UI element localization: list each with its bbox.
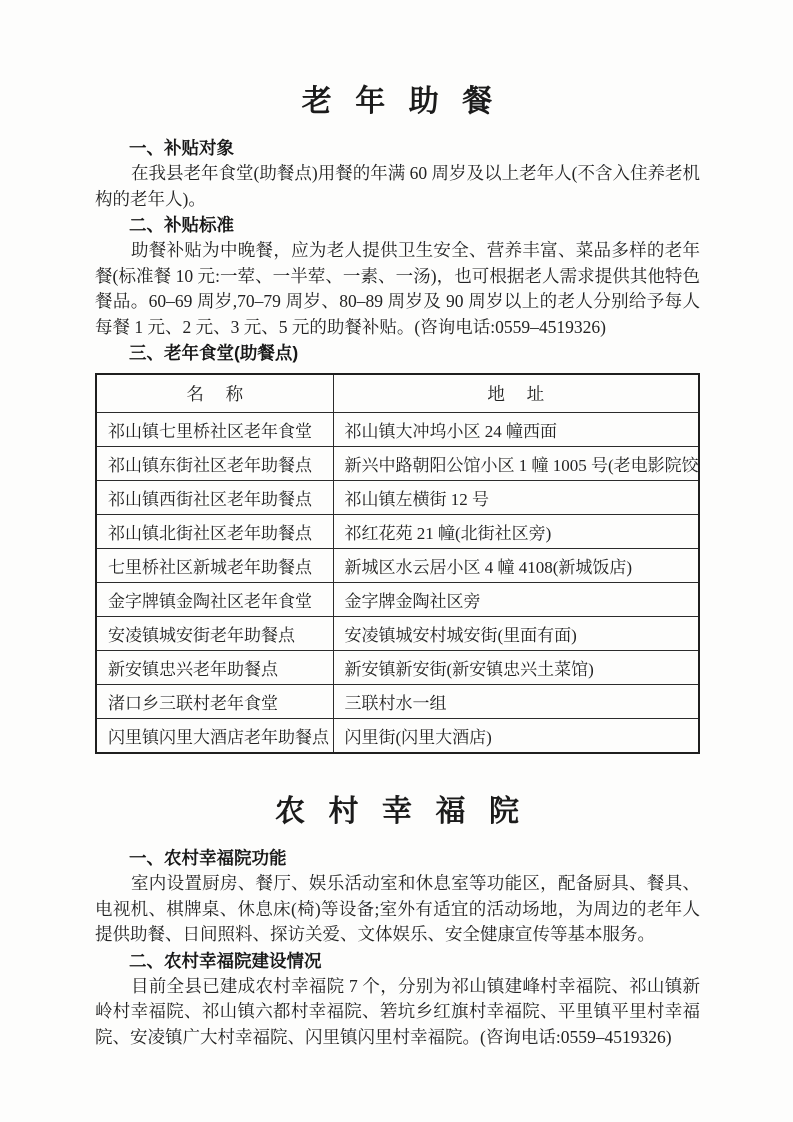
canteen-name-cell: 新安镇忠兴老年助餐点 bbox=[96, 651, 333, 685]
canteen-address-cell: 新安镇新安街(新安镇忠兴土菜馆) bbox=[333, 651, 699, 685]
table-header-address: 地 址 bbox=[333, 374, 699, 413]
table-row: 闪里镇闪里大酒店老年助餐点 闪里街(闪里大酒店) bbox=[96, 719, 699, 754]
s1-heading-canteen-list: 三、老年食堂(助餐点) bbox=[95, 340, 700, 366]
canteen-name-cell: 闪里镇闪里大酒店老年助餐点 bbox=[96, 719, 333, 754]
table-row: 渚口乡三联村老年食堂 三联村水一组 bbox=[96, 685, 699, 719]
canteen-name-cell: 金字牌镇金陶社区老年食堂 bbox=[96, 583, 333, 617]
s1-heading-subsidy-standard: 二、补贴标准 bbox=[95, 212, 700, 238]
s1-para-subsidy-target: 在我县老年食堂(助餐点)用餐的年满 60 周岁及以上老年人(不含入住养老机构的老… bbox=[95, 161, 700, 212]
canteen-name-cell: 祁山镇北街社区老年助餐点 bbox=[96, 515, 333, 549]
canteen-name-cell: 渚口乡三联村老年食堂 bbox=[96, 685, 333, 719]
table-header-name: 名 称 bbox=[96, 374, 333, 413]
table-header-row: 名 称 地 址 bbox=[96, 374, 699, 413]
s2-heading-functions: 一、农村幸福院功能 bbox=[95, 845, 700, 871]
canteen-address-cell: 新兴中路朝阳公馆小区 1 幢 1005 号(老电影院饺店) bbox=[333, 447, 699, 481]
s1-heading-subsidy-target: 一、补贴对象 bbox=[95, 135, 700, 161]
canteen-name-cell: 七里桥社区新城老年助餐点 bbox=[96, 549, 333, 583]
canteen-name-cell: 祁山镇西街社区老年助餐点 bbox=[96, 481, 333, 515]
canteen-address-cell: 三联村水一组 bbox=[333, 685, 699, 719]
table-row: 七里桥社区新城老年助餐点 新城区水云居小区 4 幢 4108(新城饭店) bbox=[96, 549, 699, 583]
table-row: 祁山镇东街社区老年助餐点 新兴中路朝阳公馆小区 1 幢 1005 号(老电影院饺… bbox=[96, 447, 699, 481]
table-row: 祁山镇西街社区老年助餐点 祁山镇左横街 12 号 bbox=[96, 481, 699, 515]
canteen-address-cell: 祁山镇左横街 12 号 bbox=[333, 481, 699, 515]
canteen-address-cell: 金字牌金陶社区旁 bbox=[333, 583, 699, 617]
s1-para-subsidy-standard: 助餐补贴为中晚餐，应为老人提供卫生安全、营养丰富、菜品多样的老年餐(标准餐 10… bbox=[95, 238, 700, 340]
table-row: 祁山镇七里桥社区老年食堂 祁山镇大冲坞小区 24 幢西面 bbox=[96, 413, 699, 447]
canteen-name-cell: 祁山镇七里桥社区老年食堂 bbox=[96, 413, 333, 447]
canteen-address-cell: 祁山镇大冲坞小区 24 幢西面 bbox=[333, 413, 699, 447]
table-row: 新安镇忠兴老年助餐点 新安镇新安街(新安镇忠兴土菜馆) bbox=[96, 651, 699, 685]
table-row: 金字牌镇金陶社区老年食堂 金字牌金陶社区旁 bbox=[96, 583, 699, 617]
canteen-name-cell: 祁山镇东街社区老年助餐点 bbox=[96, 447, 333, 481]
s2-heading-construction-status: 二、农村幸福院建设情况 bbox=[95, 948, 700, 974]
s2-para-functions: 室内设置厨房、餐厅、娱乐活动室和休息室等功能区，配备厨具、餐具、电视机、棋牌桌、… bbox=[95, 871, 700, 948]
document-page: 老 年 助 餐 一、补贴对象 在我县老年食堂(助餐点)用餐的年满 60 周岁及以… bbox=[0, 0, 793, 1122]
canteen-address-cell: 闪里街(闪里大酒店) bbox=[333, 719, 699, 754]
canteen-name-cell: 安凌镇城安街老年助餐点 bbox=[96, 617, 333, 651]
table-row: 祁山镇北街社区老年助餐点 祁红花苑 21 幢(北街社区旁) bbox=[96, 515, 699, 549]
canteen-address-cell: 祁红花苑 21 幢(北街社区旁) bbox=[333, 515, 699, 549]
canteen-address-cell: 安凌镇城安村城安街(里面有面) bbox=[333, 617, 699, 651]
page-title-elderly-meals: 老 年 助 餐 bbox=[95, 84, 700, 120]
table-row: 安凌镇城安街老年助餐点 安凌镇城安村城安街(里面有面) bbox=[96, 617, 699, 651]
canteen-table: 名 称 地 址 祁山镇七里桥社区老年食堂 祁山镇大冲坞小区 24 幢西面 祁山镇… bbox=[95, 373, 700, 754]
s2-para-construction-status: 目前全县已建成农村幸福院 7 个，分别为祁山镇建峰村幸福院、祁山镇新岭村幸福院、… bbox=[95, 974, 700, 1051]
page-title-rural-happiness-home: 农 村 幸 福 院 bbox=[95, 794, 700, 830]
canteen-address-cell: 新城区水云居小区 4 幢 4108(新城饭店) bbox=[333, 549, 699, 583]
